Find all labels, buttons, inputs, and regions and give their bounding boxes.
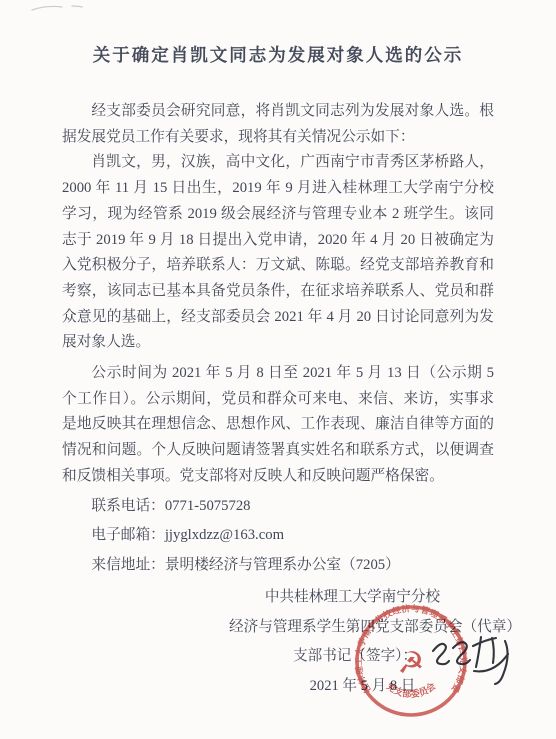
contact-email-line: 电子邮箱：jjyglxdzz@163.com bbox=[62, 523, 494, 549]
page-title: 关于确定肖凯文同志为发展对象人选的公示 bbox=[0, 42, 556, 67]
contact-address-line: 来信地址：景明楼经济与管理系办公室（7205） bbox=[62, 553, 494, 579]
document-body: 经支部委员会研究同意，将肖凯文同志列为发展对象人选。根据发展党员工作有关要求，现… bbox=[62, 99, 494, 579]
scan-pencil-mark bbox=[28, 2, 98, 16]
org-name-line1: 中共桂林理工大学南宁分校 bbox=[210, 583, 540, 613]
secretary-signature bbox=[429, 633, 517, 689]
paragraph-candidate-info: 肖凯文，男，汉族，高中文化，广西南宁市青秀区茅桥路人，2000 年 11 月 1… bbox=[62, 150, 494, 356]
paragraph-publicity-period: 公示时间为 2021 年 5 月 8 日至 2021 年 5 月 13 日（公示… bbox=[62, 361, 494, 490]
paragraph-intro: 经支部委员会研究同意，将肖凯文同志列为发展对象人选。根据发展党员工作有关要求，现… bbox=[62, 99, 494, 150]
scanned-notice-document: 关于确定肖凯文同志为发展对象人选的公示 经支部委员会研究同意，将肖凯文同志列为发… bbox=[0, 0, 556, 739]
contact-phone-line: 联系电话：0771-5075728 bbox=[62, 494, 494, 520]
